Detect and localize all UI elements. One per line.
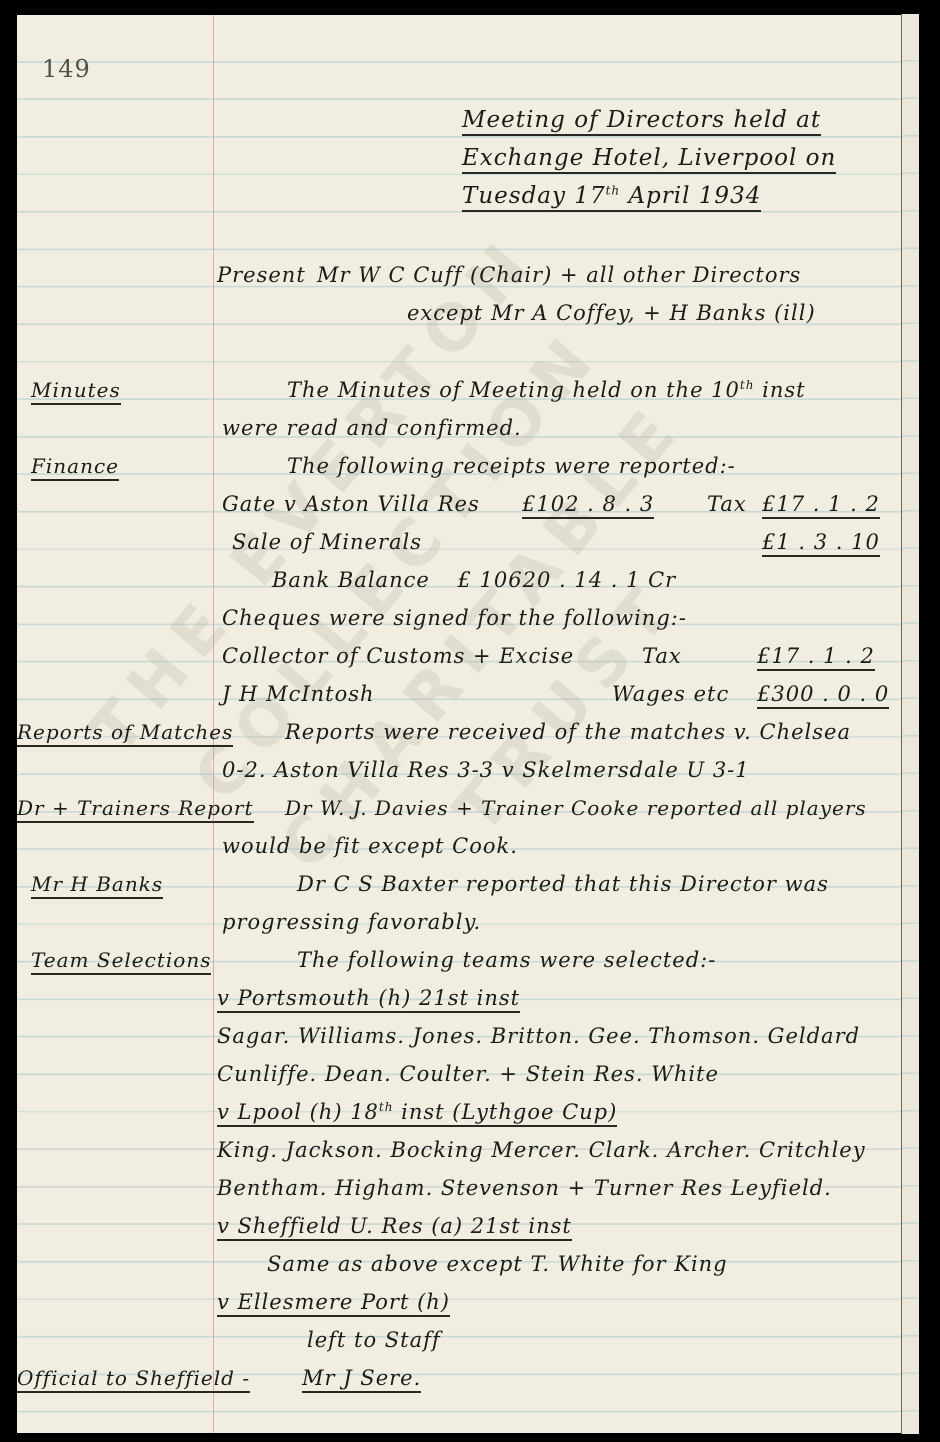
match-2-fixture-text: v Lpool (h) 18 — [217, 1100, 379, 1124]
bank-balance-amount: £ 10620 . 14 . 1 Cr — [457, 568, 676, 592]
official-value: Mr J Sere. — [302, 1366, 421, 1393]
minutes-inst: inst — [754, 378, 805, 402]
bank-balance-label: Bank Balance — [272, 568, 430, 592]
cheque-2-type: Wages etc — [612, 682, 729, 706]
receipt-1-label: Gate v Aston Villa Res — [222, 492, 480, 516]
receipt-2-label: Sale of Minerals — [232, 530, 422, 554]
cheque-1-amount: £17 . 1 . 2 — [757, 644, 875, 671]
bank-balance: Bank Balance £ 10620 . 14 . 1 Cr — [272, 568, 676, 592]
cheque-1-type: Tax — [642, 644, 682, 668]
match-2-team-line-2: Bentham. Higham. Stevenson + Turner Res … — [217, 1176, 832, 1200]
match-2-team-line-1: King. Jackson. Bocking Mercer. Clark. Ar… — [217, 1138, 866, 1162]
match-3-team: Same as above except T. White for King — [267, 1252, 728, 1276]
minutes-line-2: were read and confirmed. — [222, 416, 522, 440]
team-selections-intro: The following teams were selected:- — [297, 948, 716, 972]
match-2-suffix: th — [379, 1100, 394, 1114]
cheque-2-payee: J H McIntosh — [222, 682, 375, 706]
cheques-intro: Cheques were signed for the following:- — [222, 606, 687, 630]
receipt-1-tax-label: Tax — [707, 492, 747, 516]
margin-dr-trainers-report: Dr + Trainers Report — [17, 796, 254, 823]
header-line-1: Meeting of Directors held at — [462, 107, 821, 136]
minutes-suffix: th — [740, 378, 755, 392]
receipt-1-amount: £102 . 8 . 3 — [522, 492, 654, 519]
header-day-suffix: th — [606, 183, 621, 197]
header-date-rest: April 1934 — [620, 183, 761, 209]
cheque-2-amount: £300 . 0 . 0 — [757, 682, 889, 709]
ledger-page: THE EVERTON COLLECTION CHARITABLE TRUST … — [17, 15, 901, 1433]
margin-mr-h-banks: Mr H Banks — [31, 872, 163, 899]
margin-official-to-sheffield: Official to Sheffield - — [17, 1366, 250, 1393]
match-3-fixture: v Sheffield U. Res (a) 21st inst — [217, 1214, 572, 1241]
next-page-edge — [901, 14, 919, 1434]
match-4-fixture: v Ellesmere Port (h) — [217, 1290, 450, 1317]
receipt-1-tax-amount: £17 . 1 . 2 — [762, 492, 880, 519]
match-1-fixture: v Portsmouth (h) 21st inst — [217, 986, 520, 1013]
present-label: Present — [217, 263, 306, 287]
match-4-team: left to Staff — [307, 1328, 441, 1352]
match-2-fixture: v Lpool (h) 18th inst (Lythgoe Cup) — [217, 1100, 617, 1127]
receipt-2-amount: £1 . 3 . 10 — [762, 530, 880, 557]
margin-minutes: Minutes — [31, 378, 121, 405]
present-line-1: Mr W C Cuff (Chair) + all other Director… — [317, 263, 801, 287]
finance-intro: The following receipts were reported:- — [287, 454, 736, 478]
cheque-1-payee: Collector of Customs + Excise — [222, 644, 574, 668]
dr-report-line-1: Dr W. J. Davies + Trainer Cooke reported… — [285, 796, 867, 820]
header-line-2: Exchange Hotel, Liverpool on — [462, 145, 836, 174]
present-line-2: except Mr A Coffey, + H Banks (ill) — [407, 301, 816, 325]
margin-team-selections: Team Selections — [31, 948, 211, 975]
page-number: 149 — [42, 55, 91, 83]
minutes-text: The Minutes of Meeting held on the 10 — [287, 378, 740, 402]
header-day: Tuesday 17 — [462, 183, 606, 209]
reports-line-1: Reports were received of the matches v. … — [285, 720, 851, 744]
dr-report-line-2: would be fit except Cook. — [222, 834, 518, 858]
match-1-team-line-1: Sagar. Williams. Jones. Britton. Gee. Th… — [217, 1024, 860, 1048]
header-line-3: Tuesday 17th April 1934 — [462, 183, 761, 212]
minutes-line-1: The Minutes of Meeting held on the 10th … — [287, 378, 806, 402]
banks-line-2: progressing favorably. — [222, 910, 481, 934]
match-2-fixture-rest: inst (Lythgoe Cup) — [393, 1100, 617, 1124]
banks-line-1: Dr C S Baxter reported that this Directo… — [297, 872, 829, 896]
margin-finance: Finance — [31, 454, 119, 481]
match-1-team-line-2: Cunliffe. Dean. Coulter. + Stein Res. Wh… — [217, 1062, 719, 1086]
margin-reports-of-matches: Reports of Matches — [17, 720, 233, 747]
reports-line-2: 0-2. Aston Villa Res 3-3 v Skelmersdale … — [222, 758, 750, 782]
